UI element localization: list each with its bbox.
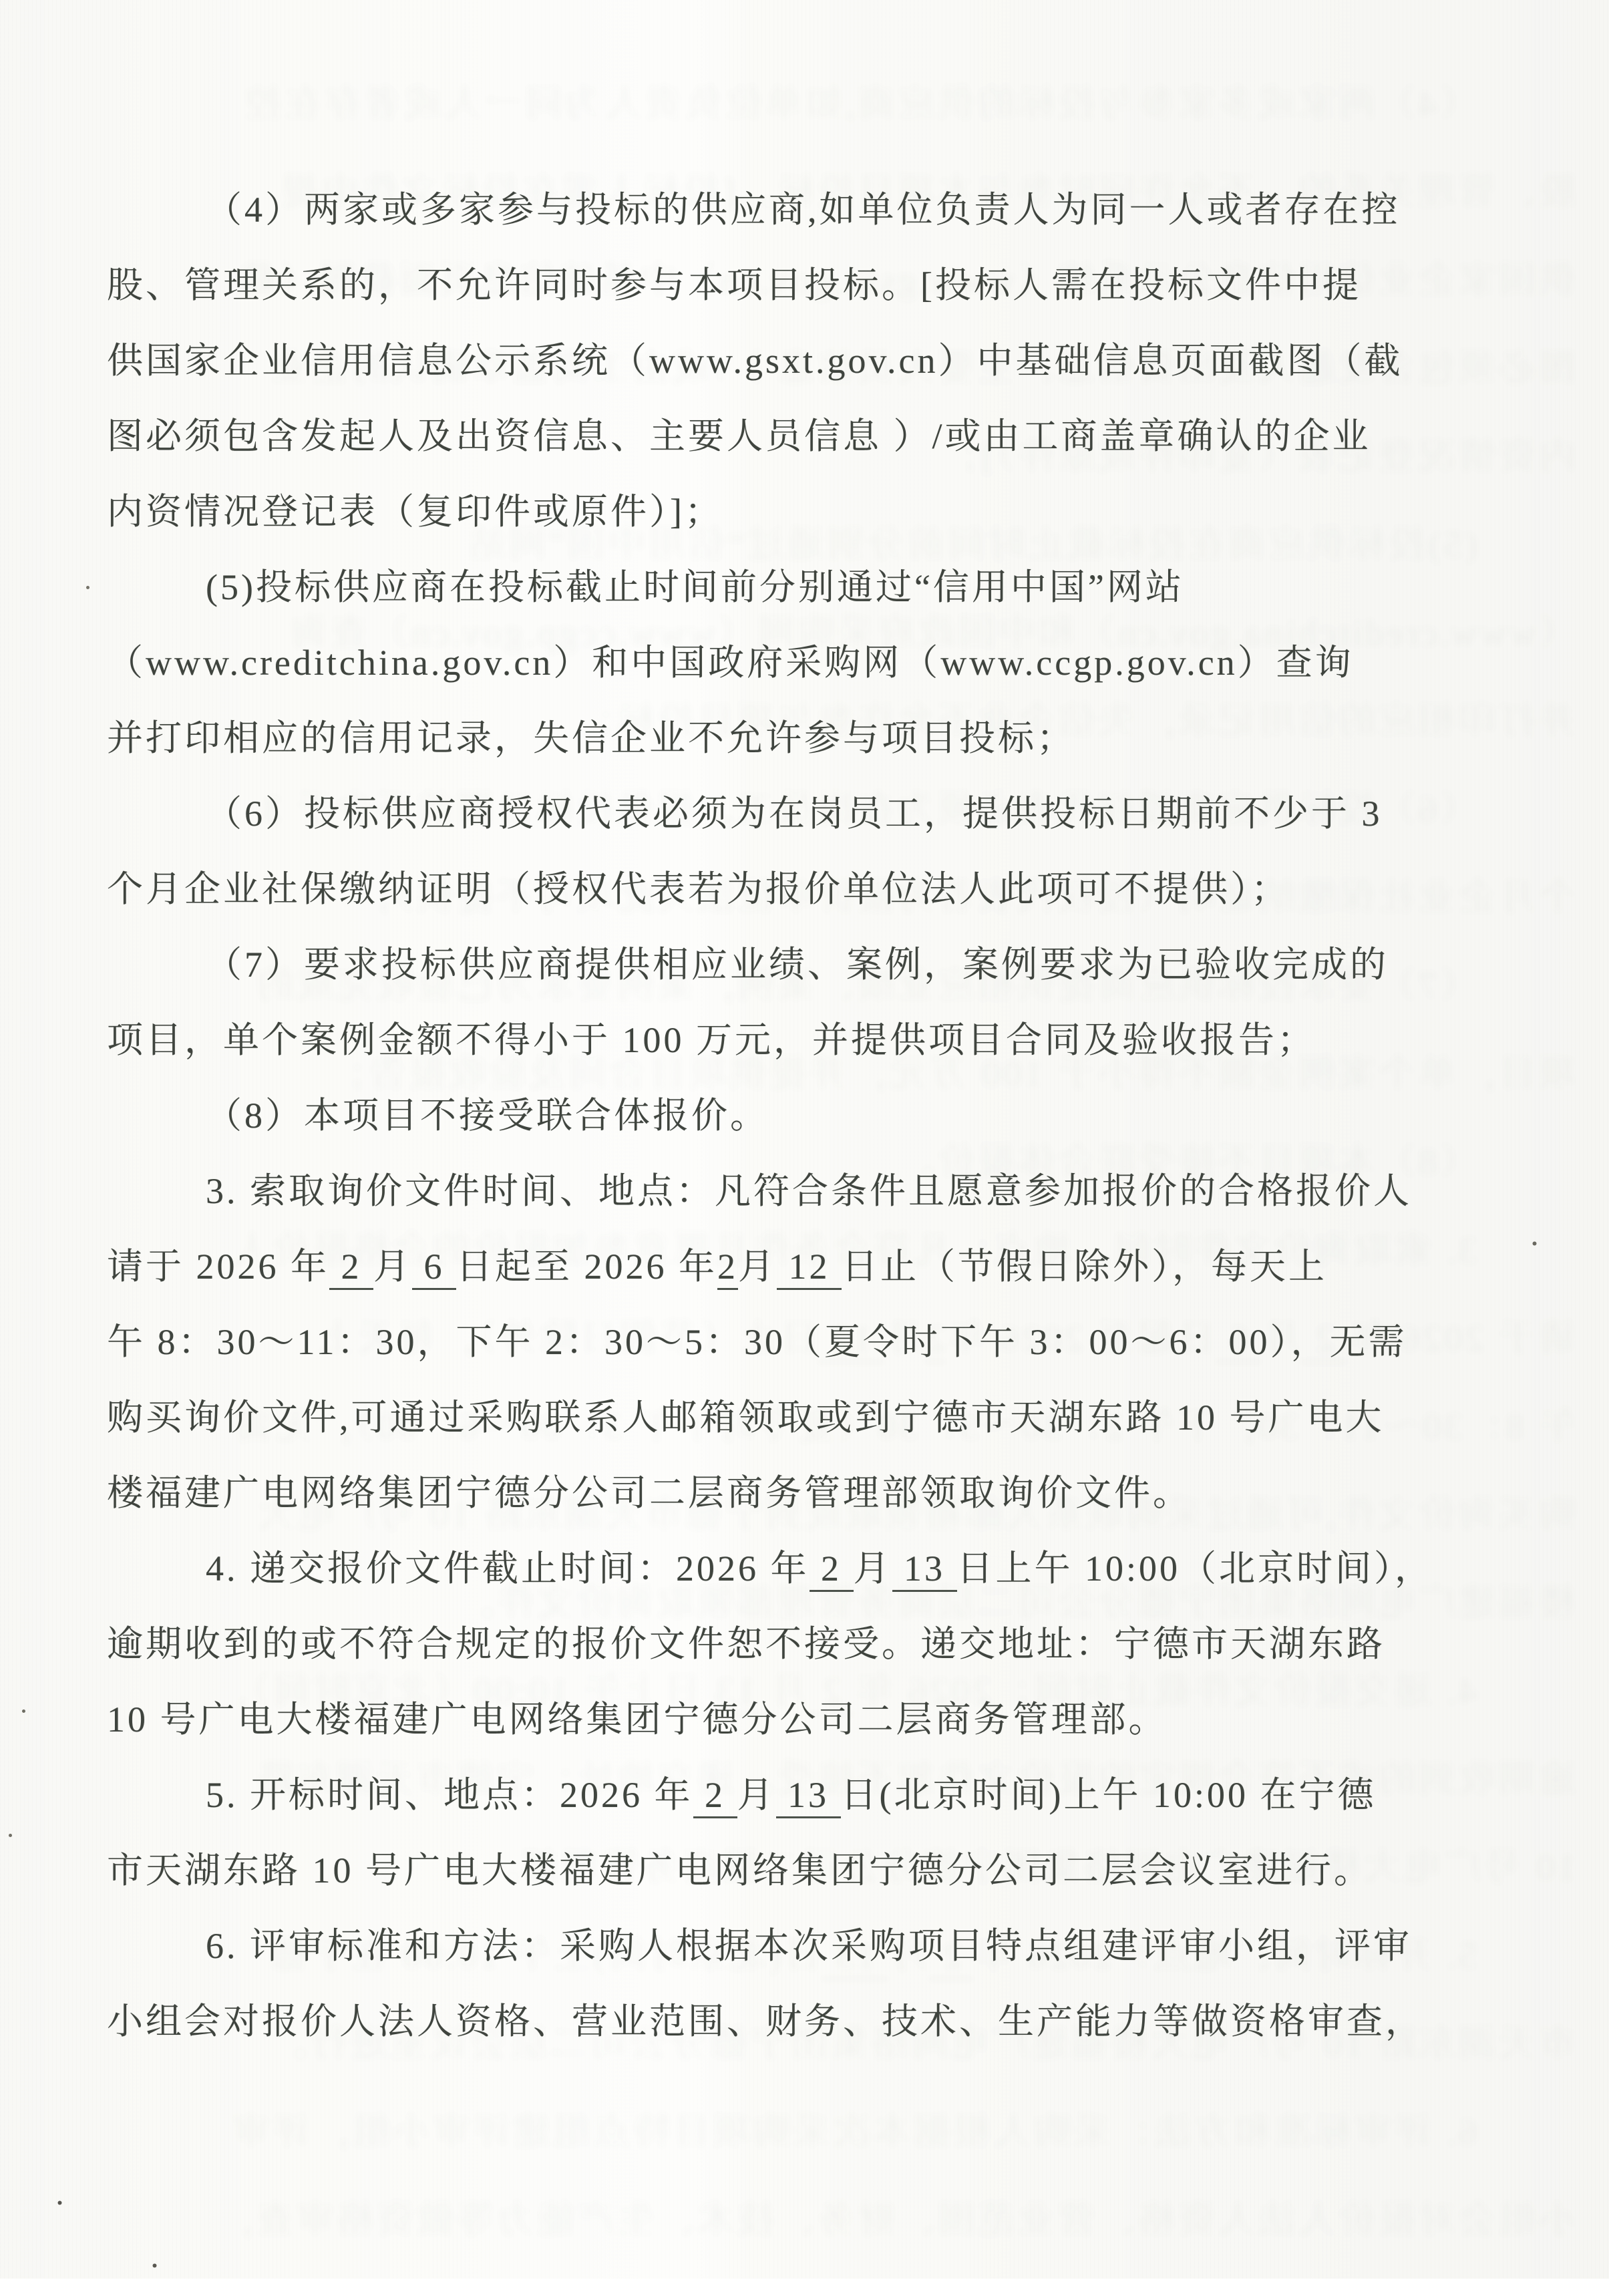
text-line-7: （www.creditchina.gov.cn）和中国政府采购网（www.ccg… bbox=[107, 625, 1523, 701]
text-line-23: 市天湖东路 10 号广电大楼福建广电网络集团宁德分公司二层会议室进行。 bbox=[107, 1833, 1523, 1909]
text-line-4: 图必须包含发起人及出资信息、主要人员信息 ）/或由工商盖章确认的企业 bbox=[107, 399, 1523, 474]
underlined-date-value: 2 bbox=[693, 1775, 737, 1818]
text-line-21: 10 号广电大楼福建广电网络集团宁德分公司二层商务管理部。 bbox=[107, 1682, 1523, 1758]
text-segment: （8）本项目不接受联合体报价。 bbox=[206, 1096, 769, 1136]
text-segment: 逾期收到的或不符合规定的报价文件恕不接受。递交地址：宁德市天湖东路 bbox=[107, 1624, 1385, 1664]
scanned-document-page: （4）两家或多家参与投标的供应商,如单位负责人为同一人或者存在控股、管理关系的，… bbox=[0, 0, 1609, 2296]
text-segment: (5)投标供应商在投标截止时间前分别通过“信用中国”网站 bbox=[206, 567, 1184, 607]
text-segment: 5. 开标时间、地点：2026 年 bbox=[206, 1775, 693, 1815]
text-segment: 市天湖东路 10 号广电大楼福建广电网络集团宁德分公司二层会议室进行。 bbox=[107, 1850, 1373, 1891]
text-segment: 个月企业社保缴纳证明（授权代表若为报价单位法人此项可不提供）； bbox=[107, 869, 1290, 909]
text-line-13: （8）本项目不接受联合体报价。 bbox=[107, 1078, 1523, 1154]
text-segment: 6. 评审标准和方法：采购人根据本次采购项目特点组建评审小组，评审 bbox=[206, 1926, 1412, 1966]
text-line-18: 楼福建广电网络集团宁德分公司二层商务管理部领取询价文件。 bbox=[107, 1456, 1523, 1531]
text-segment: 月 bbox=[854, 1548, 892, 1589]
text-segment: 日起至 2026 年 bbox=[456, 1247, 717, 1287]
text-line-11: （7）要求投标供应商提供相应业绩、案例，案例要求为已验收完成的 bbox=[107, 927, 1523, 1003]
text-segment: 月 bbox=[737, 1775, 776, 1815]
text-segment: 并打印相应的信用记录，失信企业不允许参与项目投标； bbox=[107, 718, 1075, 758]
text-line-9: （6）投标供应商授权代表必须为在岗员工，提供投标日期前不少于 3 bbox=[107, 776, 1523, 852]
text-segment: 日上午 10:00（北京时间）， bbox=[957, 1548, 1434, 1589]
text-segment: 日(北京时间)上午 10:00 在宁德 bbox=[841, 1775, 1377, 1815]
underlined-date-value: 6 bbox=[412, 1247, 456, 1290]
underlined-date-value: 13 bbox=[776, 1775, 841, 1818]
text-line-19: 4. 递交报价文件截止时间：2026 年 2 月 13 日上午 10:00（北京… bbox=[107, 1531, 1523, 1607]
text-line-15: 请于 2026 年 2 月 6 日起至 2026 年2月 12 日止（节假日除外… bbox=[107, 1229, 1523, 1305]
text-line-16: 午 8：30～11：30，下午 2：30～5：30（夏令时下午 3：00～6：0… bbox=[107, 1305, 1523, 1380]
text-line-2: 股、管理关系的，不允许同时参与本项目投标。[投标人需在投标文件中提 bbox=[107, 248, 1523, 323]
text-line-22: 5. 开标时间、地点：2026 年 2 月 13 日(北京时间)上午 10:00… bbox=[107, 1758, 1523, 1833]
text-segment: 日止（节假日除外），每天上 bbox=[842, 1247, 1327, 1287]
text-segment: 请于 2026 年 bbox=[107, 1247, 329, 1287]
text-line-6: (5)投标供应商在投标截止时间前分别通过“信用中国”网站 bbox=[107, 550, 1523, 625]
text-segment: （4）两家或多家参与投标的供应商,如单位负责人为同一人或者存在控 bbox=[206, 190, 1401, 230]
text-line-25: 小组会对报价人法人资格、营业范围、财务、技术、生产能力等做资格审查， bbox=[40, 2176, 1576, 2265]
text-segment: 项目，单个案例金额不得小于 100 万元，并提供项目合同及验收报告； bbox=[107, 1020, 1316, 1060]
text-segment: 10 号广电大楼福建广电网络集团宁德分公司二层商务管理部。 bbox=[107, 1699, 1168, 1740]
underlined-date-value: 2 bbox=[329, 1247, 373, 1290]
text-segment: （6）投标供应商授权代表必须为在岗员工，提供投标日期前不少于 3 bbox=[206, 794, 1383, 834]
text-line-24: 6. 评审标准和方法：采购人根据本次采购项目特点组建评审小组，评审 bbox=[40, 2088, 1576, 2176]
text-segment: 楼福建广电网络集团宁德分公司二层商务管理部领取询价文件。 bbox=[107, 1473, 1192, 1513]
text-line-10: 个月企业社保缴纳证明（授权代表若为报价单位法人此项可不提供）； bbox=[107, 852, 1523, 927]
text-segment: 股、管理关系的，不允许同时参与本项目投标。[投标人需在投标文件中提 bbox=[107, 265, 1361, 305]
text-line-20: 逾期收到的或不符合规定的报价文件恕不接受。递交地址：宁德市天湖东路 bbox=[107, 1607, 1523, 1682]
text-segment: 3. 索取询价文件时间、地点：凡符合条件且愿意参加报价的合格报价人 bbox=[206, 1171, 1412, 1211]
text-line-25: 小组会对报价人法人资格、营业范围、财务、技术、生产能力等做资格审查， bbox=[107, 1984, 1523, 2060]
text-segment: 月 bbox=[373, 1247, 412, 1287]
text-line-1: （4）两家或多家参与投标的供应商,如单位负责人为同一人或者存在控 bbox=[107, 172, 1523, 248]
text-segment: 6. 评审标准和方法：采购人根据本次采购项目特点组建评审小组，评审 bbox=[230, 2112, 1477, 2153]
scan-edge-strip bbox=[0, 2279, 1609, 2296]
text-segment: 内资情况登记表（复印件或原件）]； bbox=[107, 492, 723, 532]
underlined-date-value: 12 bbox=[777, 1247, 842, 1290]
text-segment: （4）两家或多家参与投标的供应商,如单位负责人为同一人或者存在控 bbox=[242, 84, 1477, 125]
text-line-8: 并打印相应的信用记录，失信企业不允许参与项目投标； bbox=[107, 701, 1523, 776]
text-segment: 月 bbox=[738, 1247, 777, 1287]
text-line-24: 6. 评审标准和方法：采购人根据本次采购项目特点组建评审小组，评审 bbox=[107, 1909, 1523, 1984]
text-line-1: （4）两家或多家参与投标的供应商,如单位负责人为同一人或者存在控 bbox=[40, 60, 1576, 148]
dust-specks bbox=[0, 0, 2, 2]
underlined-date-value: 2 bbox=[717, 1247, 738, 1290]
text-segment: 图必须包含发起人及出资信息、主要人员信息 ）/或由工商盖章确认的企业 bbox=[107, 416, 1371, 456]
text-segment: （www.creditchina.gov.cn）和中国政府采购网（www.ccg… bbox=[107, 643, 1354, 683]
text-line-14: 3. 索取询价文件时间、地点：凡符合条件且愿意参加报价的合格报价人 bbox=[107, 1154, 1523, 1229]
underlined-date-value: 2 bbox=[810, 1548, 854, 1592]
text-segment: 小组会对报价人法人资格、营业范围、财务、技术、生产能力等做资格审查， bbox=[214, 2200, 1576, 2241]
underlined-date-value: 13 bbox=[892, 1548, 957, 1592]
text-segment: 供国家企业信用信息公示系统（www.gsxt.gov.cn）中基础信息页面截图（… bbox=[107, 341, 1403, 381]
text-line-5: 内资情况登记表（复印件或原件）]； bbox=[107, 474, 1523, 550]
text-segment: 4. 递交报价文件截止时间：2026 年 bbox=[206, 1548, 810, 1589]
text-line-12: 项目，单个案例金额不得小于 100 万元，并提供项目合同及验收报告； bbox=[107, 1003, 1523, 1078]
text-segment: 购买询价文件,可通过采购联系人邮箱领取或到宁德市天湖东路 10 号广电大 bbox=[107, 1398, 1385, 1438]
text-line-17: 购买询价文件,可通过采购联系人邮箱领取或到宁德市天湖东路 10 号广电大 bbox=[107, 1380, 1523, 1456]
text-line-3: 供国家企业信用信息公示系统（www.gsxt.gov.cn）中基础信息页面截图（… bbox=[107, 323, 1523, 399]
text-segment: 小组会对报价人法人资格、营业范围、财务、技术、生产能力等做资格审查， bbox=[107, 2001, 1424, 2041]
notice-body-text: （4）两家或多家参与投标的供应商,如单位负责人为同一人或者存在控股、管理关系的，… bbox=[107, 172, 1523, 2060]
text-segment: （7）要求投标供应商提供相应业绩、案例，案例要求为已验收完成的 bbox=[206, 945, 1389, 985]
text-segment: 午 8：30～11：30，下午 2：30～5：30（夏令时下午 3：00～6：0… bbox=[107, 1322, 1407, 1362]
